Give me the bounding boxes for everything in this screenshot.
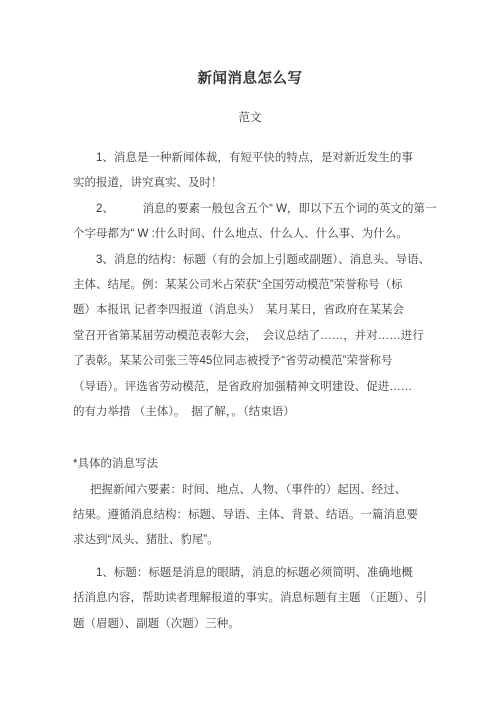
document-page: 新闻消息怎么写 范文 1、消息是一种新闻体裁，有短平快的特点，是对新近发生的事 … xyxy=(0,0,500,708)
doc-body: 1、消息是一种新闻体裁，有短平快的特点，是对新近发生的事 实的报道，讲究真实、及… xyxy=(0,146,500,637)
p3-line-5: 了表彰。某某公司张三等45位同志被授予“省劳动模范”荣誉称号 xyxy=(73,349,460,374)
howto-p2-line-3: 题（眉题）、副题（次题）三种。 xyxy=(73,612,460,637)
howto-p1-line-3: 求达到“凤头、猪肚、豹尾”。 xyxy=(73,528,460,553)
doc-subtitle: 范文 xyxy=(0,106,500,131)
howto-p2-line-1: 1、标题：标题是消息的眼睛，消息的标题必须简明、准确地概 xyxy=(73,561,460,586)
p3-line-4: 堂召开省第某届劳动模范表彰大会， 会议总结了……，并对……进行 xyxy=(73,324,460,349)
p3-line-6: （导语）。评选省劳动模范，是省政府加强精神文明建设、促进…… xyxy=(73,375,460,400)
section-heading-howto: *具体的消息写法 xyxy=(73,452,460,477)
howto-p1-line-2: 结果。遵循消息结构：标题、导语、主体、背景、结语。一篇消息要 xyxy=(73,503,460,528)
p3-line-2: 主体、结尾。例：某某公司米占荣获“全国劳动模范”荣誉称号（标 xyxy=(73,273,460,298)
p2-line-1: 2、 消息的要素一般包含五个“ W，即以下五个词的英文的第一 xyxy=(73,197,460,222)
p1-line-2: 实的报道，讲究真实、及时！ xyxy=(73,171,460,196)
p3-line-3: 题）本报讯 记者李四报道（消息头） 某月某日，省政府在某某会 xyxy=(73,298,460,323)
howto-p1-line-1: 把握新闻六要素：时间、地点、人物、（事件的）起因、经过、 xyxy=(73,478,460,503)
p2-line-2: 个字母都为“ W :什么时间、什么地点、什么人、什么事、为什么。 xyxy=(73,222,460,247)
howto-p2-line-2: 括消息内容，帮助读者理解报道的事实。消息标题有主题 （正题）、引 xyxy=(73,586,460,611)
p3-line-7: 的有力举措 （主体）。 据了解，。（结束语） xyxy=(73,400,460,425)
p1-line-1: 1、消息是一种新闻体裁，有短平快的特点，是对新近发生的事 xyxy=(73,146,460,171)
p3-line-1: 3、消息的结构：标题（有的会加上引题或副题）、消息头、导语、 xyxy=(73,248,460,273)
doc-title: 新闻消息怎么写 xyxy=(0,66,500,92)
